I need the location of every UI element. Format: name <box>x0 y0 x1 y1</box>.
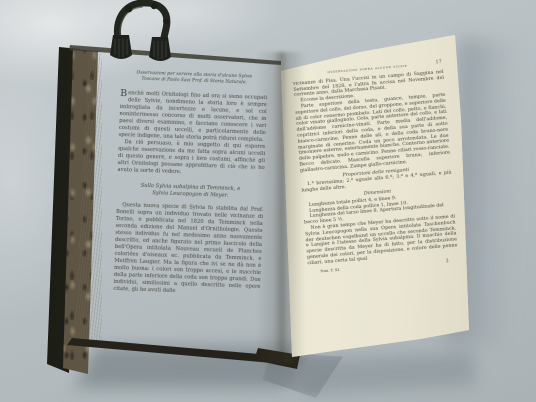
page-number: 17 <box>435 60 442 66</box>
right-paragraph-3: Parte superiore della testa, guance, tem… <box>295 93 451 174</box>
book-shadow-under-right <box>299 351 476 394</box>
metal-clasp-icon <box>102 0 186 65</box>
right-page-text: osservazioni sopra alcune sylvie 17 vici… <box>292 60 459 277</box>
volume-signature: Tom. T. XI. <box>320 266 341 273</box>
section-heading: Sulla Sylvia subalpina di Temminck, e Sy… <box>117 182 264 200</box>
drop-cap: B <box>120 90 127 98</box>
left-paragraph-3: Questa nuova specie di Sylvia fu stabili… <box>113 202 263 298</box>
catchword: 2 <box>446 259 449 265</box>
book-photograph: Osservazioni per servire alla storia d'a… <box>0 0 536 402</box>
left-paragraph-1: Benchè molti Ornitologi fino ad ora si s… <box>119 90 268 144</box>
section-heading-line2: Sylvia Leucopogon di Meyer. <box>152 190 228 199</box>
left-page-text: Osservazioni per servire alla storia d'a… <box>113 70 268 298</box>
left-paragraph-2: Da ciò persuaso, è mio soggetto di qui e… <box>117 139 265 179</box>
